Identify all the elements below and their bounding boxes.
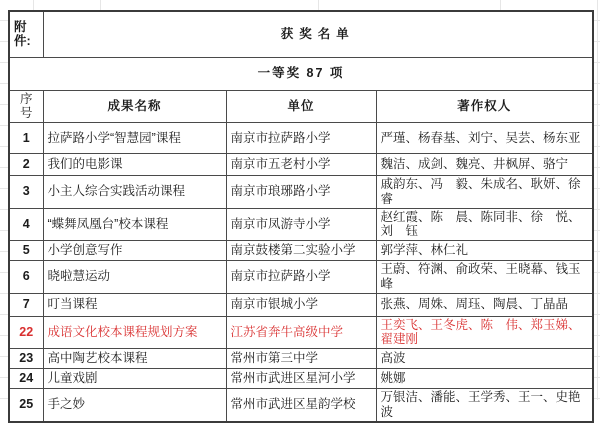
unit-cell: 南京市银城小学 — [226, 293, 376, 316]
attachment-label: 附件: — [9, 11, 43, 57]
authors-cell: 张燕、周姝、周珏、陶晨、丁晶晶 — [376, 293, 593, 316]
name-cell: 我们的电影课 — [43, 154, 226, 176]
serial-cell: 5 — [9, 241, 43, 261]
authors-cell: 姚娜 — [376, 369, 593, 389]
authors-cell: 王奕飞、王冬虎、陈 伟、郑玉娣、翟建刚 — [376, 316, 593, 349]
unit-cell: 南京市凤游寺小学 — [226, 208, 376, 241]
subtitle-row: 一等奖 87 项 — [9, 57, 593, 90]
table-row: 1 拉萨路小学“智慧园”课程 南京市拉萨路小学 严瑾、杨春基、刘宁、吴芸、杨东亚 — [9, 123, 593, 154]
name-cell: 小主人综合实践活动课程 — [43, 176, 226, 209]
unit-cell: 南京市拉萨路小学 — [226, 123, 376, 154]
col-header-unit: 单位 — [226, 90, 376, 123]
serial-cell: 23 — [9, 349, 43, 369]
table-row: 25 手之妙 常州市武进区星韵学校 万银洁、潘能、王学秀、王一、史艳波 — [9, 389, 593, 401]
serial-cell: 2 — [9, 154, 43, 176]
table-row-highlighted: 22 成语文化校本课程规划方案 江苏省奔牛高级中学 王奕飞、王冬虎、陈 伟、郑玉… — [9, 316, 593, 349]
authors-cell: 王蔚、符渊、俞政荣、王晓幕、钱玉峰 — [376, 261, 593, 294]
serial-cell: 24 — [9, 369, 43, 389]
col-header-serial: 序号 — [9, 90, 43, 123]
table-row: 24 儿童戏剧 常州市武进区星河小学 姚娜 — [9, 369, 593, 389]
name-cell: 拉萨路小学“智慧园”课程 — [43, 123, 226, 154]
unit-cell: 常州市武进区星河小学 — [226, 369, 376, 389]
name-cell: 小学创意写作 — [43, 241, 226, 261]
name-cell: “蝶舞凤凰台”校本课程 — [43, 208, 226, 241]
unit-cell: 江苏省奔牛高级中学 — [226, 316, 376, 349]
page-title: 获奖名单 — [43, 11, 593, 57]
name-cell: 成语文化校本课程规划方案 — [43, 316, 226, 349]
unit-cell: 常州市武进区星韵学校 — [226, 389, 376, 401]
col-header-name: 成果名称 — [43, 90, 226, 123]
table-row: 5 小学创意写作 南京鼓楼第二实验小学 郭学萍、林仁礼 — [9, 241, 593, 261]
authors-cell: 魏洁、成剑、魏亮、井枫屏、骆宁 — [376, 154, 593, 176]
table-row: 2 我们的电影课 南京市五老村小学 魏洁、成剑、魏亮、井枫屏、骆宁 — [9, 154, 593, 176]
table-row: 23 高中陶艺校本课程 常州市第三中学 高波 — [9, 349, 593, 369]
name-cell: 高中陶艺校本课程 — [43, 349, 226, 369]
name-cell: 晓啦慧运动 — [43, 261, 226, 294]
table-row: 3 小主人综合实践活动课程 南京市琅琊路小学 戚韵东、冯 毅、朱成名、耿妍、徐睿 — [9, 176, 593, 209]
name-cell: 手之妙 — [43, 389, 226, 401]
serial-cell: 3 — [9, 176, 43, 209]
authors-cell: 郭学萍、林仁礼 — [376, 241, 593, 261]
header-row: 序号 成果名称 单位 著作权人 — [9, 90, 593, 123]
unit-cell: 南京鼓楼第二实验小学 — [226, 241, 376, 261]
serial-cell: 25 — [9, 389, 43, 401]
unit-cell: 南京市拉萨路小学 — [226, 261, 376, 294]
serial-cell: 4 — [9, 208, 43, 241]
title-row: 附件: 获奖名单 — [9, 11, 593, 57]
authors-cell: 高波 — [376, 349, 593, 369]
unit-cell: 南京市五老村小学 — [226, 154, 376, 176]
authors-cell: 万银洁、潘能、王学秀、王一、史艳波 — [376, 389, 593, 401]
authors-cell: 赵红霞、陈 晨、陈同非、徐 悦、刘 钰 — [376, 208, 593, 241]
table-row: 7 叮当课程 南京市银城小学 张燕、周姝、周珏、陶晨、丁晶晶 — [9, 293, 593, 316]
table-row: 4 “蝶舞凤凰台”校本课程 南京市凤游寺小学 赵红霞、陈 晨、陈同非、徐 悦、刘… — [9, 208, 593, 241]
prize-subtitle: 一等奖 87 项 — [9, 57, 593, 90]
name-cell: 儿童戏剧 — [43, 369, 226, 389]
name-cell: 叮当课程 — [43, 293, 226, 316]
award-list-table: 附件: 获奖名单 一等奖 87 项 序号 成果名称 单位 著作权人 1 拉萨路小… — [8, 10, 594, 400]
serial-cell: 1 — [9, 123, 43, 154]
serial-cell: 6 — [9, 261, 43, 294]
serial-cell: 22 — [9, 316, 43, 349]
col-header-authors: 著作权人 — [376, 90, 593, 123]
unit-cell: 常州市第三中学 — [226, 349, 376, 369]
unit-cell: 南京市琅琊路小学 — [226, 176, 376, 209]
table-row: 6 晓啦慧运动 南京市拉萨路小学 王蔚、符渊、俞政荣、王晓幕、钱玉峰 — [9, 261, 593, 294]
serial-cell: 7 — [9, 293, 43, 316]
authors-cell: 戚韵东、冯 毅、朱成名、耿妍、徐睿 — [376, 176, 593, 209]
authors-cell: 严瑾、杨春基、刘宁、吴芸、杨东亚 — [376, 123, 593, 154]
